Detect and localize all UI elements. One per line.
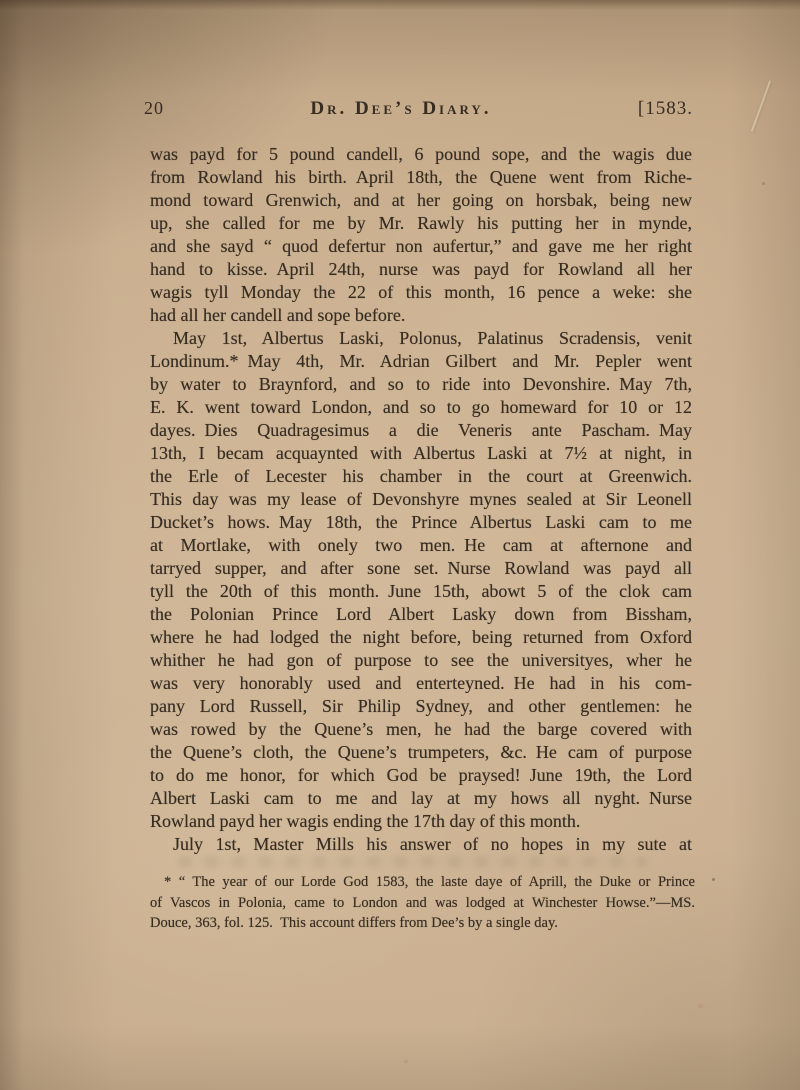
text-line: dayes. Dies Quadragesimus a die Veneris … [150,419,692,442]
text-line: where he had lodged the night before, be… [150,626,692,649]
paper-crease [751,80,771,131]
text-line: had all her candell and sope before. [150,304,692,327]
paper-speck [698,1004,703,1008]
text-line: tarryed supper, and after sone set. Nurs… [150,557,692,580]
text-line: pany Lord Russell, Sir Philip Sydney, an… [150,695,692,718]
text-line: was rowed by the Quene’s men, he had the… [150,718,692,741]
page-number: 20 [144,98,164,119]
text-line: up, she called for me by Mr. Rawly his p… [150,212,692,235]
text-line: May 1st, Albertus Laski, Polonus, Palati… [150,327,692,350]
text-line: Rowland payd her wagis ending the 17th d… [150,810,692,833]
text-line: 13th, I becam acquaynted with Albertus L… [150,442,692,465]
text-line: tyll the 20th of this month. June 15th, … [150,580,692,603]
running-title: Dr. Dee’s Diary. [310,98,491,120]
text-line: and she sayd “ quod defertur non aufertu… [150,235,692,258]
paper-speck [762,182,765,185]
text-line: was payd for 5 pound candell, 6 pound so… [150,143,692,166]
text-line: Ducket’s hows. May 18th, the Prince Albe… [150,511,692,534]
text-line: Londinum.* May 4th, Mr. Adrian Gilbert a… [150,350,692,373]
text-line: to do me honor, for which God be praysed… [150,764,692,787]
text-line: wagis tyll Monday the 22 of this month, … [150,281,692,304]
text-line: E. K. went toward London, and so to go h… [150,396,692,419]
text-line: Albert Laski cam to me and lay at my how… [150,787,692,810]
text-line: This day was my lease of Devonshyre myne… [150,488,692,511]
text-line: whither he had gon of purpose to see the… [150,649,692,672]
diary-body-text: was payd for 5 pound candell, 6 pound so… [150,143,692,856]
paper-speck [404,1060,408,1063]
page-header: 20 Dr. Dee’s Diary. [1583. [144,98,693,122]
footnote: * “ The year of our Lorde God 1583, the … [150,872,695,934]
text-line: the Erle of Lecester his chamber in the … [150,465,692,488]
text-line: * “ The year of our Lorde God 1583, the … [150,872,695,893]
text-line: mond toward Grenwich, and at her going o… [150,189,692,212]
text-line: was very honorably used and enterteyned.… [150,672,692,695]
text-line: the Quene’s cloth, the Quene’s trumpeter… [150,741,692,764]
paper-speck [712,878,715,881]
text-line: by water to Braynford, and so to ride in… [150,373,692,396]
year-marker: [1583. [638,98,693,120]
text-line: hand to kisse. April 24th, nurse was pay… [150,258,692,281]
text-line: of Vascos in Polonia, came to London and… [150,893,695,914]
text-line: July 1st, Master Mills his answer of no … [150,833,692,856]
text-line: at Mortlake, with onely two men. He cam … [150,534,692,557]
text-line: from Rowland his birth. April 18th, the … [150,166,692,189]
book-page: 20 Dr. Dee’s Diary. [1583. was payd for … [0,0,800,1090]
show-through-artifact [178,856,648,867]
text-line: Douce, 363, fol. 125. This account diffe… [150,913,695,934]
text-line: the Polonian Prince Lord Albert Lasky do… [150,603,692,626]
